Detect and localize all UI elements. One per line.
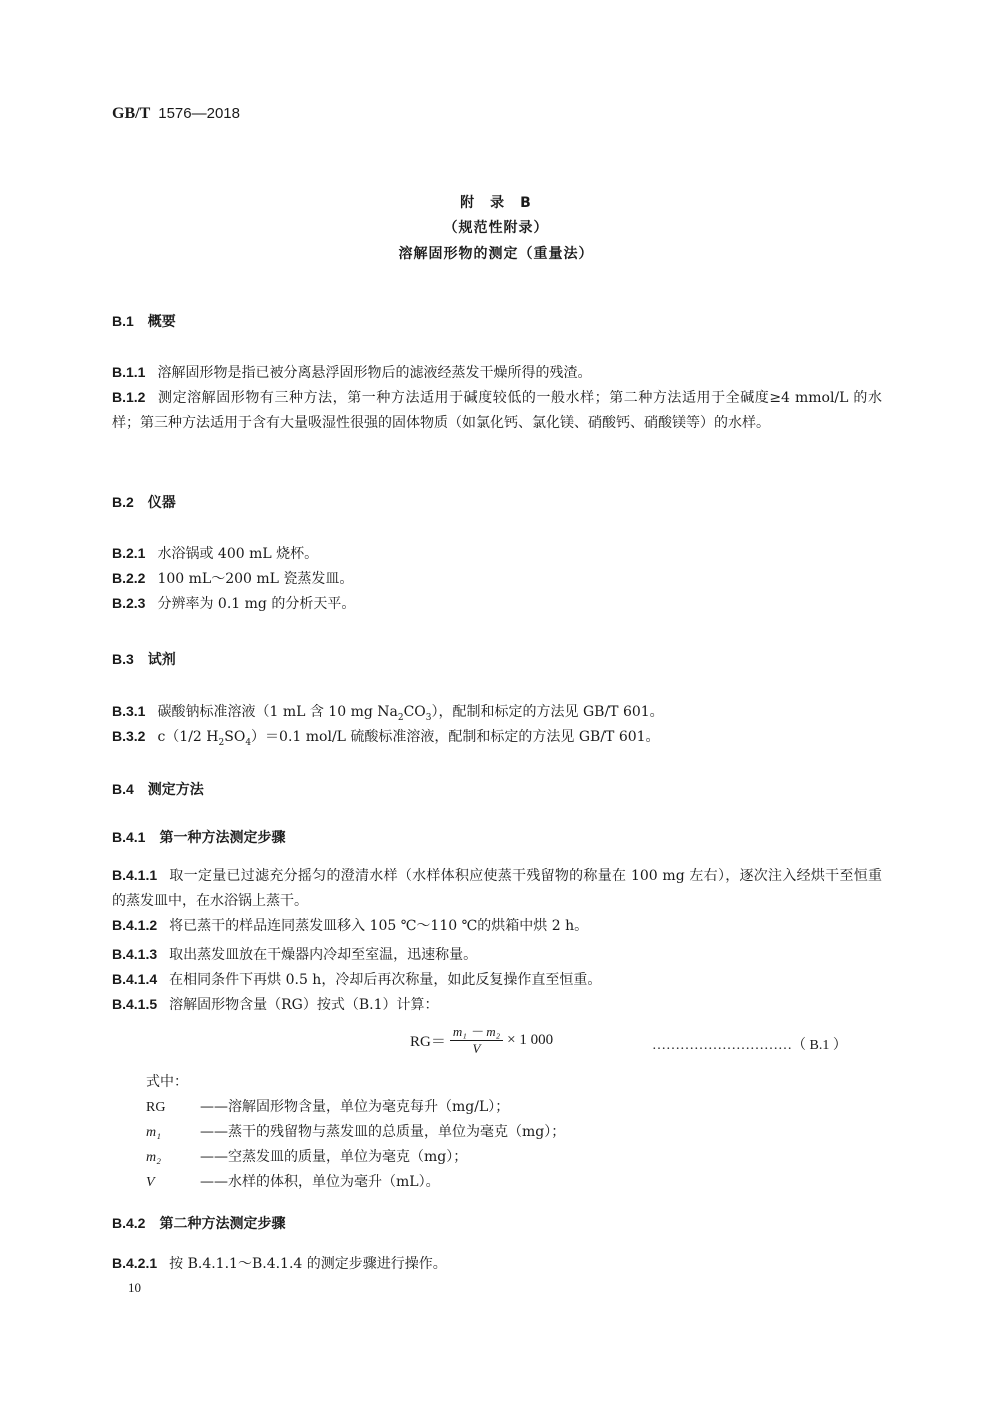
- section-number: B.2: [112, 494, 134, 510]
- clause-number: B.4.2.1: [112, 1255, 157, 1271]
- variable-symbol: m₁: [146, 1120, 200, 1145]
- section-number: B.1: [112, 313, 134, 329]
- clause-text: 碳酸钠标准溶液（1 mL 含 10 mg Na: [157, 704, 397, 720]
- variable-symbol: RG: [146, 1095, 200, 1120]
- equation-number: …………………………（ B.1 ）: [652, 1034, 847, 1054]
- section-title: 测定方法: [148, 782, 204, 798]
- clause-text: CO: [404, 704, 426, 720]
- section-heading-b3: B.3试剂: [112, 649, 176, 669]
- appendix-type: （规范性附录）: [0, 217, 992, 237]
- section-number: B.4.1: [112, 829, 145, 845]
- clause-b3-2: B.3.2c（1/2 H2SO4）＝0.1 mol/L 硫酸标准溶液，配制和标定…: [112, 724, 882, 756]
- appendix-title: 附 录 B: [0, 192, 992, 212]
- clause-b4-2-1: B.4.2.1按 B.4.1.1～B.4.1.4 的测定步骤进行操作。: [112, 1251, 882, 1277]
- clause-b2-1: B.2.1水浴锅或 400 mL 烧杯。: [112, 541, 882, 567]
- variable-symbol: m₂: [146, 1145, 200, 1170]
- clause-text: 取出蒸发皿放在干燥器内冷却至室温，迅速称量。: [169, 947, 477, 963]
- formula-b1: RG＝ m₁ － m₂ V × 1 000: [410, 1024, 553, 1057]
- section-title: 概要: [148, 314, 176, 330]
- clause-text: SO: [224, 729, 245, 745]
- clause-number: B.1.1: [112, 364, 145, 380]
- section-number: B.3: [112, 651, 134, 667]
- section-heading-b1: B.1概要: [112, 311, 176, 331]
- formula-lhs: RG＝: [410, 1030, 446, 1051]
- clause-text: 水浴锅或 400 mL 烧杯。: [157, 546, 318, 562]
- section-heading-b4-2: B.4.2第二种方法测定步骤: [112, 1213, 285, 1233]
- clause-number: B.2.2: [112, 570, 145, 586]
- standard-number: 1576—2018: [158, 105, 240, 122]
- variable-description: ——水样的体积，单位为毫升（mL）。: [200, 1174, 440, 1190]
- clause-number: B.2.3: [112, 595, 145, 611]
- clause-text: 分辨率为 0.1 mg 的分析天平。: [157, 596, 355, 612]
- clause-b4-1-1: B.4.1.1取一定量已过滤充分摇匀的澄清水样（水样体积应使蒸干残留物的称量在 …: [112, 863, 882, 914]
- clause-b1-1: B.1.1溶解固形物是指已被分离悬浮固形物后的滤液经蒸发干燥所得的残渣。: [112, 360, 882, 386]
- clause-text: 溶解固形物含量（RG）按式（B.1）计算：: [169, 997, 438, 1013]
- variable-description: ——溶解固形物含量，单位为毫克每升（mg/L）；: [200, 1099, 509, 1115]
- clause-number: B.2.1: [112, 545, 145, 561]
- clause-number: B.4.1.1: [112, 867, 157, 883]
- clause-text: 在相同条件下再烘 0.5 h，冷却后再次称量，如此反复操作直至恒重。: [169, 972, 601, 988]
- where-item: m₁——蒸干的残留物与蒸发皿的总质量，单位为毫克（mg）；: [146, 1120, 565, 1145]
- clause-number: B.4.1.5: [112, 996, 157, 1012]
- clause-number: B.4.1.3: [112, 946, 157, 962]
- clause-b4-1-4: B.4.1.4在相同条件下再烘 0.5 h，冷却后再次称量，如此反复操作直至恒重…: [112, 967, 882, 993]
- clause-b2-2: B.2.2100 mL～200 mL 瓷蒸发皿。: [112, 566, 882, 592]
- clause-text: 测定溶解固形物有三种方法，第一种方法适用于碱度较低的一般水样；第二种方法适用于全…: [112, 390, 882, 431]
- section-title: 第二种方法测定步骤: [159, 1216, 285, 1232]
- variable-description: ——蒸干的残留物与蒸发皿的总质量，单位为毫克（mg）；: [200, 1124, 565, 1140]
- dot-leader: …………………………: [652, 1038, 792, 1053]
- clause-text: ）＝0.1 mol/L 硫酸标准溶液，配制和标定的方法见 GB/T 601。: [251, 729, 660, 745]
- clause-number: B.4.1.2: [112, 917, 157, 933]
- clause-b4-1-3: B.4.1.3取出蒸发皿放在干燥器内冷却至室温，迅速称量。: [112, 942, 882, 968]
- clause-b2-3: B.2.3分辨率为 0.1 mg 的分析天平。: [112, 591, 882, 617]
- clause-number: B.3.2: [112, 728, 145, 744]
- where-intro: 式中：: [146, 1070, 188, 1095]
- where-item: V——水样的体积，单位为毫升（mL）。: [146, 1170, 440, 1195]
- clause-b1-2: B.1.2测定溶解固形物有三种方法，第一种方法适用于碱度较低的一般水样；第二种方…: [112, 385, 882, 436]
- clause-number: B.4.1.4: [112, 971, 157, 987]
- section-title: 试剂: [148, 652, 176, 668]
- section-heading-b4-1: B.4.1第一种方法测定步骤: [112, 827, 285, 847]
- formula-factor: × 1 000: [507, 1032, 553, 1049]
- clause-number: B.3.1: [112, 703, 145, 719]
- clause-text: ），配制和标定的方法见 GB/T 601。: [432, 704, 664, 720]
- clause-number: B.1.2: [112, 389, 145, 405]
- formula-numerator: m₁ － m₂: [450, 1024, 503, 1041]
- section-number: B.4.2: [112, 1215, 145, 1231]
- document-header: GB/T1576—2018: [112, 104, 240, 123]
- appendix-subject: 溶解固形物的测定（重量法）: [0, 243, 992, 263]
- page-number: 10: [128, 1280, 141, 1296]
- clause-b4-1-2: B.4.1.2将已蒸干的样品连同蒸发皿移入 105 ℃～110 ℃的烘箱中烘 2…: [112, 913, 882, 939]
- section-number: B.4: [112, 781, 134, 797]
- section-heading-b4: B.4测定方法: [112, 779, 204, 799]
- where-item: m₂——空蒸发皿的质量，单位为毫克（mg）；: [146, 1145, 467, 1170]
- clause-text: 溶解固形物是指已被分离悬浮固形物后的滤液经蒸发干燥所得的残渣。: [157, 365, 591, 381]
- equation-label: （ B.1 ）: [792, 1038, 847, 1053]
- clause-text: c（1/2 H: [157, 729, 218, 745]
- clause-text: 将已蒸干的样品连同蒸发皿移入 105 ℃～110 ℃的烘箱中烘 2 h。: [169, 918, 588, 934]
- clause-text: 取一定量已过滤充分摇匀的澄清水样（水样体积应使蒸干残留物的称量在 100 mg …: [112, 868, 882, 909]
- clause-text: 100 mL～200 mL 瓷蒸发皿。: [157, 571, 353, 587]
- variable-symbol: V: [146, 1170, 200, 1195]
- section-heading-b2: B.2仪器: [112, 492, 176, 512]
- standard-prefix: GB/T: [112, 105, 150, 122]
- section-title: 仪器: [148, 495, 176, 511]
- formula-fraction: m₁ － m₂ V: [450, 1024, 503, 1057]
- clause-text: 按 B.4.1.1～B.4.1.4 的测定步骤进行操作。: [169, 1256, 447, 1272]
- clause-b4-1-5: B.4.1.5溶解固形物含量（RG）按式（B.1）计算：: [112, 992, 882, 1018]
- formula-denominator: V: [473, 1041, 481, 1057]
- where-item: RG——溶解固形物含量，单位为毫克每升（mg/L）；: [146, 1095, 509, 1120]
- variable-description: ——空蒸发皿的质量，单位为毫克（mg）；: [200, 1149, 467, 1165]
- section-title: 第一种方法测定步骤: [159, 830, 285, 846]
